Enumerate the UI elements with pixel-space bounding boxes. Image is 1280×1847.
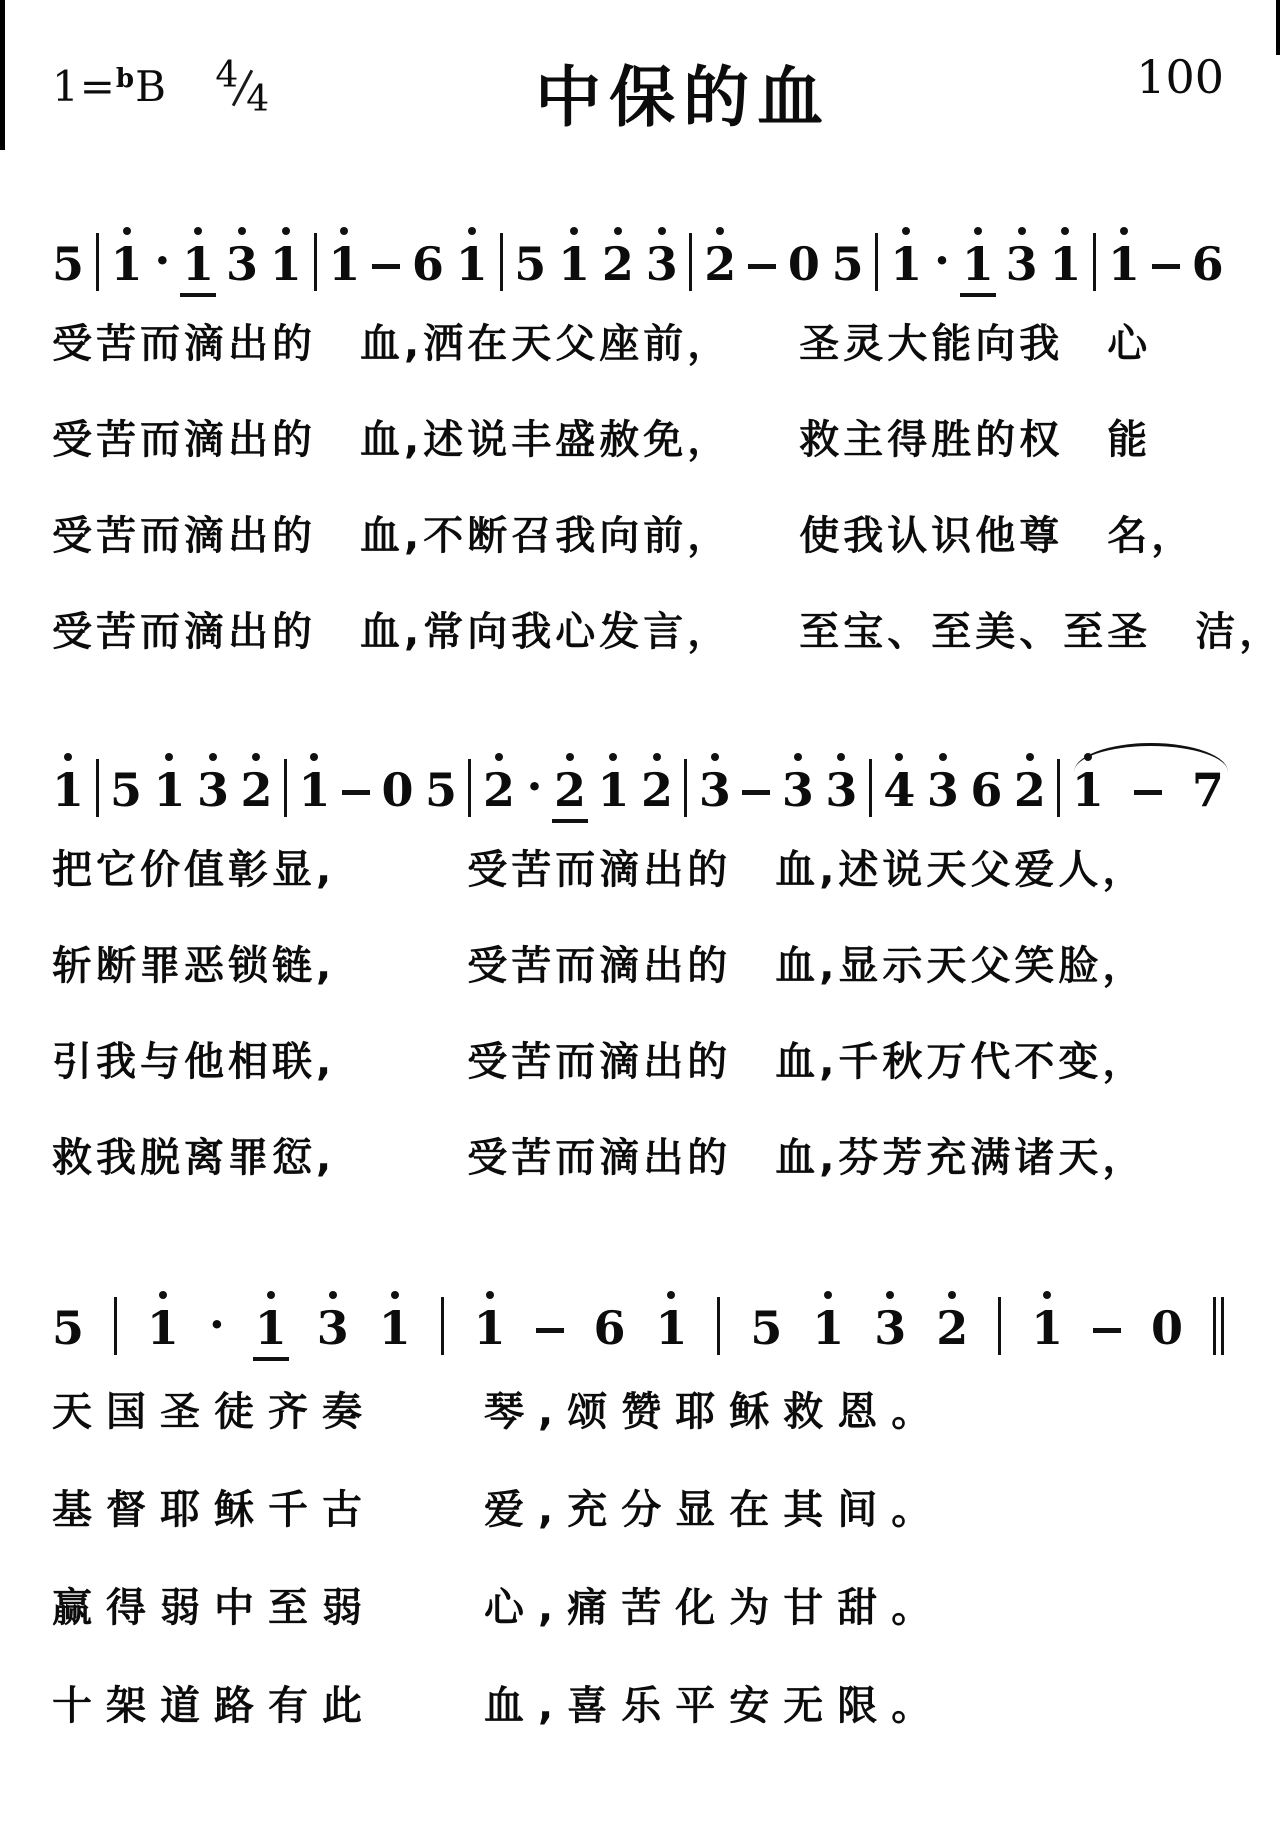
augmentation-dot: · [209, 1301, 225, 1347]
note-2: 2 [641, 767, 673, 815]
note-0: 0 [788, 241, 820, 289]
note-1: 1 [328, 241, 360, 289]
barline [96, 233, 99, 291]
note-1: 1 [111, 241, 143, 289]
note-3: 3 [782, 767, 814, 815]
note-3: 3 [927, 767, 959, 815]
barline [96, 759, 99, 817]
key-signature: 1=bB 4 4 [52, 62, 270, 111]
note-2: 2 [602, 241, 634, 289]
duration-dash [742, 790, 770, 795]
lyric-line: 受苦而滴出的 血,述说丰盛赦免， 救主得胜的权 能 [52, 413, 1224, 467]
note-1: 1 [812, 1305, 844, 1353]
lyrics-block-3: 天国圣徒齐奏 琴,颂赞耶稣救恩。 基督耶稣千古 爱,充分显在其间。 赢得弱中至弱… [52, 1385, 1224, 1733]
barline [717, 1297, 720, 1355]
page-title: 中保的血 [230, 44, 1136, 139]
scan-artifact-left [0, 0, 5, 150]
note-1: 1 [153, 767, 185, 815]
slur-group: 17 [1072, 767, 1224, 815]
barline [1093, 233, 1096, 291]
time-signature-numerator: 4 [215, 55, 239, 96]
note-5: 5 [514, 241, 546, 289]
note-1: 1 [1031, 1305, 1063, 1353]
final-barline [1213, 1297, 1224, 1355]
hymn-number: 100 [1136, 50, 1224, 104]
music-system-1: 51·13116151232051·13116 受苦而滴出的 血,洒在天父座前，… [52, 197, 1224, 659]
lyrics-block-2: 把它价值彰显, 受苦而滴出的 血,述说天父爱人， 斩断罪恶锁链, 受苦而滴出的 … [52, 843, 1224, 1185]
note-5: 5 [750, 1305, 782, 1353]
lyric-line: 引我与他相联, 受苦而滴出的 血,千秋万代不变， [52, 1035, 1224, 1089]
barline [468, 759, 471, 817]
barline [1057, 759, 1060, 817]
note-6: 6 [412, 241, 444, 289]
note-1: 1 [255, 1305, 287, 1353]
note-7: 7 [1192, 767, 1224, 815]
note-1: 1 [298, 767, 330, 815]
note-3: 3 [1006, 241, 1038, 289]
notation-line-3: 51·131161513210 [52, 1261, 1224, 1353]
note-1: 1 [1108, 241, 1140, 289]
sheet-music-page: 1=bB 4 4 中保的血 100 51·13116151232051·1311… [0, 0, 1280, 1847]
duration-dash [1152, 264, 1180, 269]
augmentation-dot: · [934, 237, 950, 283]
notation-line-1: 51·13116151232051·13116 [52, 197, 1224, 289]
note-2: 2 [554, 767, 586, 815]
note-1: 1 [597, 767, 629, 815]
note-1: 1 [474, 1305, 506, 1353]
note-2: 2 [240, 767, 272, 815]
duration-dash [342, 790, 370, 795]
duration-dash [1134, 790, 1162, 795]
duration-dash [748, 264, 776, 269]
note-5: 5 [425, 767, 457, 815]
barline [284, 759, 287, 817]
note-1: 1 [270, 241, 302, 289]
duration-dash [372, 264, 400, 269]
note-0: 0 [1151, 1305, 1183, 1353]
flat-symbol: b [116, 64, 135, 94]
note-5: 5 [52, 1305, 84, 1353]
note-3: 3 [699, 767, 731, 815]
note-5: 5 [110, 767, 142, 815]
note-6: 6 [1192, 241, 1224, 289]
note-5: 5 [52, 241, 84, 289]
note-1: 1 [52, 767, 84, 815]
note-1: 1 [655, 1305, 687, 1353]
note-4: 4 [883, 767, 915, 815]
note-2: 2 [483, 767, 515, 815]
barline [314, 233, 317, 291]
barline [998, 1297, 1001, 1355]
note-1: 1 [147, 1305, 179, 1353]
music-system-3: 51·131161513210 天国圣徒齐奏 琴,颂赞耶稣救恩。 基督耶稣千古 … [52, 1261, 1224, 1733]
barline [875, 233, 878, 291]
duration-dash [1093, 1328, 1121, 1333]
duration-dash [536, 1328, 564, 1333]
note-1: 1 [1049, 241, 1081, 289]
music-system-2: 151321052·212333436217 把它价值彰显, 受苦而滴出的 血,… [52, 723, 1224, 1185]
note-3: 3 [646, 241, 678, 289]
notation-line-2: 151321052·212333436217 [52, 723, 1224, 815]
note-1: 1 [182, 241, 214, 289]
lyric-line: 受苦而滴出的 血,常向我心发言， 至宝、至美、至圣 洁， [52, 605, 1224, 659]
key-note: B [135, 62, 167, 111]
lyric-line: 十架道路有此 血,喜乐平安无限。 [52, 1679, 1224, 1733]
note-6: 6 [970, 767, 1002, 815]
scan-artifact-right [1276, 0, 1280, 55]
augmentation-dot: · [154, 237, 170, 283]
barline [684, 759, 687, 817]
note-3: 3 [874, 1305, 906, 1353]
note-5: 5 [832, 241, 864, 289]
note-3: 3 [197, 767, 229, 815]
lyric-line: 赢得弱中至弱 心,痛苦化为甘甜。 [52, 1581, 1224, 1635]
note-1: 1 [1072, 767, 1104, 815]
note-0: 0 [381, 767, 413, 815]
note-1: 1 [962, 241, 994, 289]
note-2: 2 [1014, 767, 1046, 815]
barline [500, 233, 503, 291]
note-2: 2 [704, 241, 736, 289]
barline [869, 759, 872, 817]
note-3: 3 [317, 1305, 349, 1353]
augmentation-dot: · [526, 763, 542, 809]
time-signature: 4 4 [215, 67, 270, 108]
lyric-line: 受苦而滴出的 血,不断召我向前， 使我认识他尊 名， [52, 509, 1224, 563]
note-1: 1 [379, 1305, 411, 1353]
barline [114, 1297, 117, 1355]
key-prefix: 1= [52, 62, 116, 111]
note-2: 2 [936, 1305, 968, 1353]
barline [441, 1297, 444, 1355]
lyric-line: 基督耶稣千古 爱,充分显在其间。 [52, 1483, 1224, 1537]
barline [689, 233, 692, 291]
lyric-line: 救我脱离罪愆, 受苦而滴出的 血,芬芳充满诸天， [52, 1131, 1224, 1185]
note-1: 1 [890, 241, 922, 289]
note-3: 3 [825, 767, 857, 815]
header: 1=bB 4 4 中保的血 100 [52, 44, 1224, 139]
note-1: 1 [456, 241, 488, 289]
lyric-line: 把它价值彰显, 受苦而滴出的 血,述说天父爱人， [52, 843, 1224, 897]
note-3: 3 [226, 241, 258, 289]
lyric-line: 斩断罪恶锁链, 受苦而滴出的 血,显示天父笑脸， [52, 939, 1224, 993]
note-6: 6 [593, 1305, 625, 1353]
lyric-line: 受苦而滴出的 血,洒在天父座前， 圣灵大能向我 心 [52, 317, 1224, 371]
time-signature-denominator: 4 [246, 79, 270, 120]
lyrics-block-1: 受苦而滴出的 血,洒在天父座前， 圣灵大能向我 心 受苦而滴出的 血,述说丰盛赦… [52, 317, 1224, 659]
note-1: 1 [558, 241, 590, 289]
lyric-line: 天国圣徒齐奏 琴,颂赞耶稣救恩。 [52, 1385, 1224, 1439]
